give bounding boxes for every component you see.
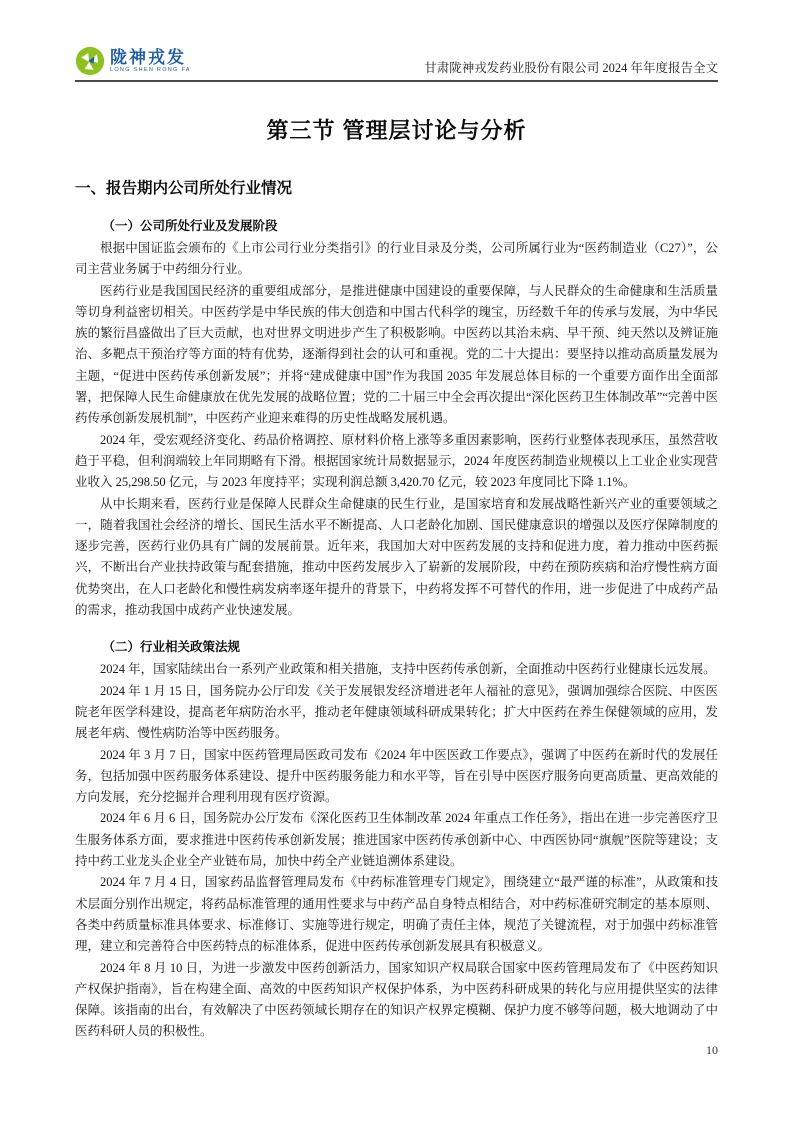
header-doc-title: 甘肃陇神戎发药业股份有限公司 2024 年年度报告全文: [424, 58, 718, 76]
paragraph-2024-industry-performance: 2024 年，受宏观经济变化、药品价格调控、原材料价格上涨等多重因素影响，医药行…: [75, 430, 718, 494]
page-header: 陇神戎发 LONG SHEN RONG FA 甘肃陇神戎发药业股份有限公司 20…: [75, 42, 718, 82]
paragraph-policy-jul4: 2024 年 7 月 4 日，国家药品监督管理局发布《中药标准管理专门规定》，围…: [75, 872, 718, 957]
page-footer: 10: [706, 1043, 718, 1058]
section-title: 第三节 管理层讨论与分析: [75, 114, 718, 145]
paragraph-policy-jan15: 2024 年 1 月 15 日，国务院办公厅印发《关于发展银发经济增进老年人福祉…: [75, 681, 718, 745]
paragraph-policy-aug10: 2024 年 8 月 10 日，为进一步激发中医药创新活力，国家知识产权局联合国…: [75, 958, 718, 1043]
heading-industry-situation: 一、报告期内公司所处行业情况: [75, 176, 718, 198]
logo-company-name: 陇神戎发: [110, 49, 191, 66]
report-content: 第三节 管理层讨论与分析 一、报告期内公司所处行业情况 （一）公司所处行业及发展…: [75, 82, 718, 1043]
subheading-policies-regulations: （二）行业相关政策法规: [75, 637, 718, 655]
paragraph-policy-overview: 2024 年，国家陆续出台一系列产业政策和相关措施，支持中医药传承创新，全面推动…: [75, 659, 718, 680]
company-logo-icon: [75, 46, 105, 76]
paragraph-long-term-outlook: 从中长期来看，医药行业是保障人民群众生命健康的民生行业，是国家培育和发展战略性新…: [75, 494, 718, 622]
page-number: 10: [706, 1043, 718, 1057]
paragraph-policy-jun6: 2024 年 6 月 6 日，国务院办公厅发布《深化医药卫生体制改革 2024 …: [75, 808, 718, 872]
logo-company-name-en: LONG SHEN RONG FA: [110, 68, 191, 74]
subheading-industry-stage: （一）公司所处行业及发展阶段: [75, 216, 718, 234]
paragraph-industry-classification: 根据中国证监会颁布的《上市公司行业分类指引》的行业目录及分类，公司所属行业为“医…: [75, 238, 718, 281]
spacer: [75, 198, 718, 200]
paragraph-industry-importance: 医药行业是我国国民经济的重要组成部分，是推进健康中国建设的重要保障，与人民群众的…: [75, 281, 718, 430]
report-page: 陇神戎发 LONG SHEN RONG FA 甘肃陇神戎发药业股份有限公司 20…: [0, 0, 793, 1122]
company-logo-text: 陇神戎发 LONG SHEN RONG FA: [110, 49, 191, 74]
paragraph-policy-mar7: 2024 年 3 月 7 日，国家中医药管理局医政司发布《2024 年中医医政工…: [75, 745, 718, 809]
company-logo: 陇神戎发 LONG SHEN RONG FA: [75, 46, 191, 76]
